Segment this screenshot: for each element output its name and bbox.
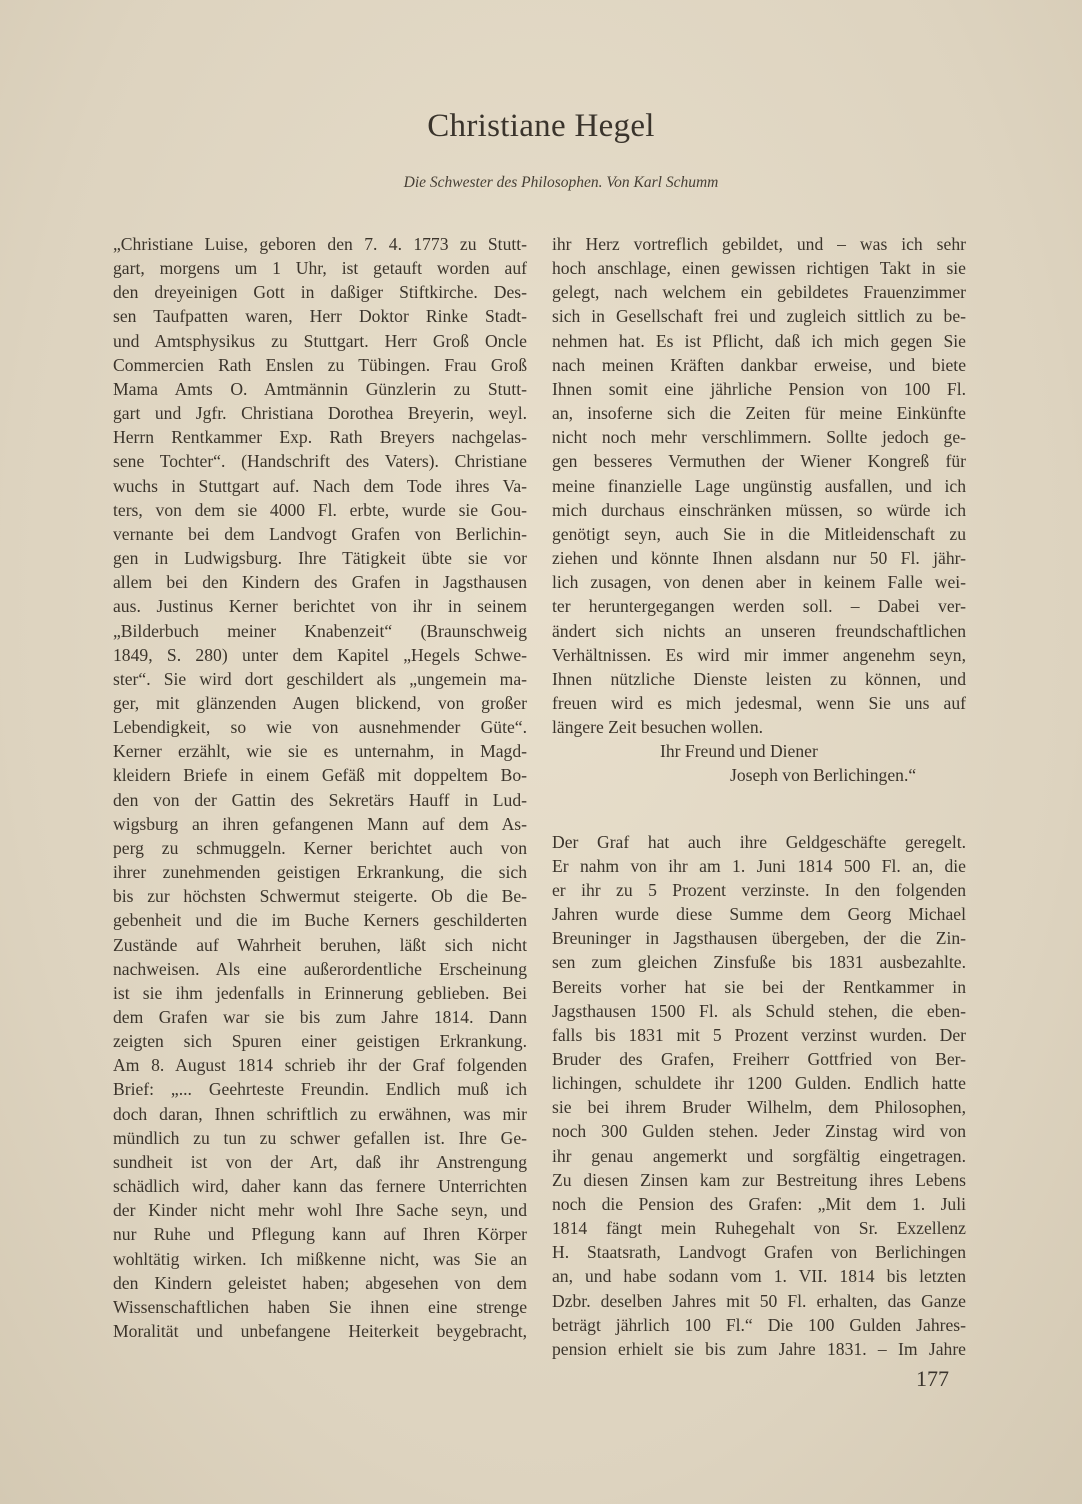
text-line: vernante bei dem Landvogt Grafen von Ber… xyxy=(113,522,527,546)
text-line: Jahren wurde diese Summe dem Georg Micha… xyxy=(552,902,966,926)
text-line: doch daran, Ihnen schriftlich zu erwähne… xyxy=(113,1102,527,1126)
text-line: ter heruntergegangen werden soll. – Dabe… xyxy=(552,594,966,618)
text-line: sie bei ihrem Bruder Wilhelm, dem Philos… xyxy=(552,1095,966,1119)
text-line: 1814 fängt mein Ruhegehalt von Sr. Exzel… xyxy=(552,1216,966,1240)
text-line: Bereits vorher hat sie bei der Rentkamme… xyxy=(552,975,966,999)
text-line: sene Tochter“. (Handschrift des Vaters).… xyxy=(113,449,527,473)
text-line: meine finanzielle Lage ungünstig ausfall… xyxy=(552,474,966,498)
text-line: Brief: „... Geehrteste Freundin. Endlich… xyxy=(113,1077,527,1101)
text-line: dem Grafen war sie bis zum Jahre 1814. D… xyxy=(113,1005,527,1029)
text-line: gen besseres Vermuthen der Wiener Kongre… xyxy=(552,449,966,473)
text-line: pension erhielt sie bis zum Jahre 1831. … xyxy=(552,1337,966,1361)
text-line: gart, morgens um 1 Uhr, ist getauft word… xyxy=(113,256,527,280)
scanned-page: Christiane Hegel Die Schwester des Philo… xyxy=(0,0,1082,1504)
text-line: sen zum gleichen Zinsfuße bis 1831 ausbe… xyxy=(552,950,966,974)
text-line: und Amtsphysikus zu Stuttgart. Herr Groß… xyxy=(113,329,527,353)
paragraph-gap xyxy=(552,788,966,830)
text-line: genötigt seyn, auch Sie in die Mitleiden… xyxy=(552,522,966,546)
letter-continuation: ihr Herz vortreflich gebildet, und – was… xyxy=(552,232,966,739)
text-line: der Kinder nicht mehr wohl Ihre Sache se… xyxy=(113,1198,527,1222)
text-line: 1849, S. 280) unter dem Kapitel „Hegels … xyxy=(113,643,527,667)
text-line: Bruder des Grafen, Freiherr Gottfried vo… xyxy=(552,1047,966,1071)
text-line: nur Ruhe und Pflegung kann auf Ihren Kör… xyxy=(113,1222,527,1246)
text-line: lichingen, schuldete ihr 1200 Gulden. En… xyxy=(552,1071,966,1095)
text-line: nehmen hat. Es ist Pflicht, daß ich mich… xyxy=(552,329,966,353)
text-line: Lebendigkeit, so wie von ausnehmender Gü… xyxy=(113,715,527,739)
text-line: den Kindern geleistet haben; abgesehen v… xyxy=(113,1271,527,1295)
letter-signature: Joseph von Berlichingen.“ xyxy=(552,763,966,787)
text-line: den von der Gattin des Sekretärs Hauff i… xyxy=(113,788,527,812)
text-line: Der Graf hat auch ihre Geldgeschäfte ger… xyxy=(552,830,966,854)
text-line: Jagsthausen 1500 Fl. als Schuld stehen, … xyxy=(552,999,966,1023)
text-line: aus. Justinus Kerner berichtet von ihr i… xyxy=(113,594,527,618)
text-line: sich in Gesellschaft frei und zugleich s… xyxy=(552,304,966,328)
text-line: Dzbr. deselben Jahres mit 50 Fl. erhalte… xyxy=(552,1289,966,1313)
paragraph-finances: Der Graf hat auch ihre Geldgeschäfte ger… xyxy=(552,830,966,1361)
text-line: längere Zeit besuchen wollen. xyxy=(552,715,966,739)
text-line: Moralität und unbefangene Heiterkeit bey… xyxy=(113,1319,527,1343)
text-line: er ihr zu 5 Prozent verzinste. In den fo… xyxy=(552,878,966,902)
text-line: allem bei den Kindern des Grafen in Jags… xyxy=(113,570,527,594)
text-line: gebenheit und die im Buche Kerners gesch… xyxy=(113,908,527,932)
text-line: bis zur höchsten Schwermut steigerte. Ob… xyxy=(113,884,527,908)
text-line: gen in Ludwigsburg. Ihre Tätigkeit übte … xyxy=(113,546,527,570)
text-line: an, insoferne sich die Zeiten für meine … xyxy=(552,401,966,425)
text-line: nach meinen Kräften dankbar erweise, und… xyxy=(552,353,966,377)
text-line: perg zu schmuggeln. Kerner berichtet auc… xyxy=(113,836,527,860)
text-line: nachweisen. Als eine außerordentliche Er… xyxy=(113,957,527,981)
text-line: wohltätig wirken. Ich mißkenne nicht, wa… xyxy=(113,1247,527,1271)
text-line: mich durchaus einschränken müssen, so wü… xyxy=(552,498,966,522)
text-line: falls bis 1831 mit 5 Prozent verzinst wu… xyxy=(552,1023,966,1047)
text-line: Wissenschaftlichen haben Sie ihnen eine … xyxy=(113,1295,527,1319)
text-line: Herrn Rentkammer Exp. Rath Breyers nachg… xyxy=(113,425,527,449)
text-line: an, und habe sodann vom 1. VII. 1814 bis… xyxy=(552,1264,966,1288)
text-line: zeigten sich Spuren einer geistigen Erkr… xyxy=(113,1029,527,1053)
text-line: lich zusagen, von denen aber in keinem F… xyxy=(552,570,966,594)
text-line: noch die Pension des Grafen: „Mit dem 1.… xyxy=(552,1192,966,1216)
right-column: ihr Herz vortreflich gebildet, und – was… xyxy=(552,232,966,1361)
left-column: „Christiane Luise, geboren den 7. 4. 177… xyxy=(113,232,527,1343)
text-line: gelegt, nach welchem ein gebildetes Frau… xyxy=(552,280,966,304)
text-line: „Bilderbuch meiner Knabenzeit“ (Braunsch… xyxy=(113,619,527,643)
text-line: freuen wird es mich jedesmal, wenn Sie u… xyxy=(552,691,966,715)
text-line: den dreyeinigen Gott in daßiger Stiftkir… xyxy=(113,280,527,304)
article-subtitle: Die Schwester des Philosophen. Von Karl … xyxy=(0,174,1082,192)
text-line: Ihnen somit eine jährliche Pension von 1… xyxy=(552,377,966,401)
text-line: ihrer zunehmenden geistigen Erkrankung, … xyxy=(113,860,527,884)
text-line: H. Staatsrath, Landvogt Grafen von Berli… xyxy=(552,1240,966,1264)
page-number: 177 xyxy=(916,1366,949,1392)
text-line: beträgt jährlich 100 Fl.“ Die 100 Gulden… xyxy=(552,1313,966,1337)
text-line: Am 8. August 1814 schrieb ihr der Graf f… xyxy=(113,1053,527,1077)
text-line: Mama Amts O. Amtmännin Günzlerin zu Stut… xyxy=(113,377,527,401)
text-line: ger, mit glänzenden Augen blickend, von … xyxy=(113,691,527,715)
text-line: sundheit ist von der Art, daß ihr Anstre… xyxy=(113,1150,527,1174)
text-line: mündlich zu tun zu schwer gefallen ist. … xyxy=(113,1126,527,1150)
text-line: Kerner erzählt, wie sie es unternahm, in… xyxy=(113,739,527,763)
letter-closing: Ihr Freund und Diener xyxy=(552,739,966,763)
article-title: Christiane Hegel xyxy=(0,108,1082,145)
text-line: ters, von dem sie 4000 Fl. erbte, wurde … xyxy=(113,498,527,522)
text-line: ster“. Sie wird dort geschildert als „un… xyxy=(113,667,527,691)
text-line: schädlich wird, daher kann das fernere U… xyxy=(113,1174,527,1198)
text-line: noch 300 Gulden stehen. Jeder Zinstag wi… xyxy=(552,1119,966,1143)
text-line: gart und Jgfr. Christiana Dorothea Breye… xyxy=(113,401,527,425)
text-line: ändert sich nichts an unseren freundscha… xyxy=(552,619,966,643)
text-line: wigsburg an ihren gefangenen Mann auf de… xyxy=(113,812,527,836)
text-line: wuchs in Stuttgart auf. Nach dem Tode ih… xyxy=(113,474,527,498)
text-line: Zu diesen Zinsen kam zur Bestreitung ihr… xyxy=(552,1168,966,1192)
text-line: „Christiane Luise, geboren den 7. 4. 177… xyxy=(113,232,527,256)
text-line: ihr genau angemerkt und sorgfältig einge… xyxy=(552,1144,966,1168)
text-line: Commercien Rath Enslen zu Tübingen. Frau… xyxy=(113,353,527,377)
text-line: Ihnen nützliche Dienste leisten zu könne… xyxy=(552,667,966,691)
text-line: Verhältnissen. Es wird mir immer angeneh… xyxy=(552,643,966,667)
text-line: Zustände auf Wahrheit beruhen, läßt sich… xyxy=(113,933,527,957)
text-line: Er nahm von ihr am 1. Juni 1814 500 Fl. … xyxy=(552,854,966,878)
text-line: Breuninger in Jagsthausen übergeben, der… xyxy=(552,926,966,950)
text-line: nicht noch mehr verschlimmern. Sollte je… xyxy=(552,425,966,449)
text-line: hoch anschlage, einen gewissen richtigen… xyxy=(552,256,966,280)
text-line: ziehen und könnte Ihnen alsdann nur 50 F… xyxy=(552,546,966,570)
text-line: sen Taufpatten waren, Herr Doktor Rinke … xyxy=(113,304,527,328)
text-line: kleidern Briefe in einem Gefäß mit doppe… xyxy=(113,763,527,787)
text-line: ist sie ihm jedenfalls in Erinnerung geb… xyxy=(113,981,527,1005)
text-line: ihr Herz vortreflich gebildet, und – was… xyxy=(552,232,966,256)
